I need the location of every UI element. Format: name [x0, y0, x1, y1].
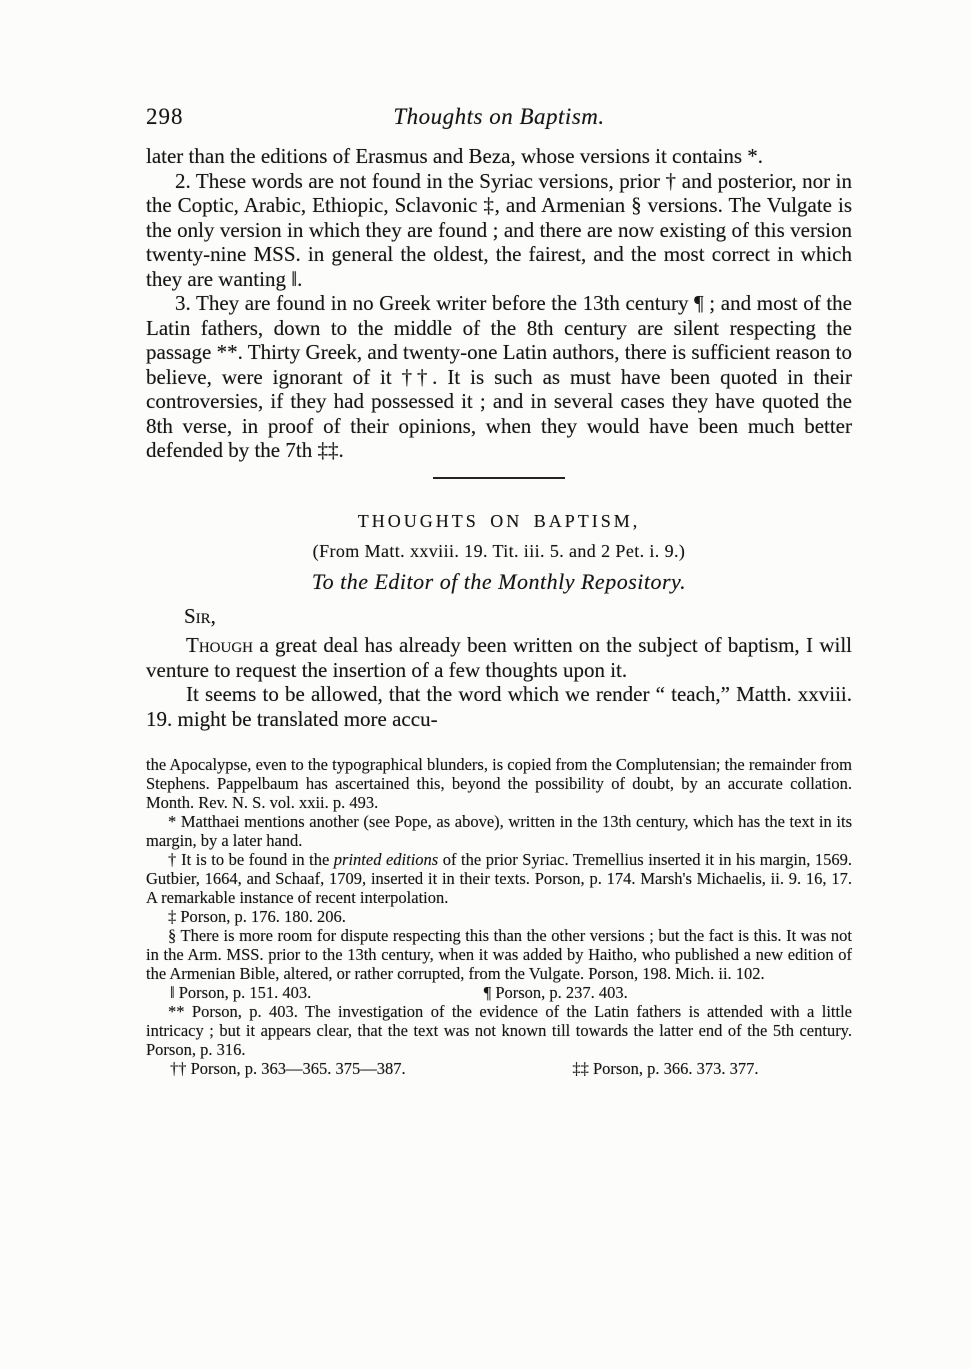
footnote: †† Porson, p. 363—365. 375—387. [170, 1059, 572, 1078]
letter-paragraphs: Though a great deal has already been wri… [146, 633, 852, 731]
footnotes: the Apocalypse, even to the typographica… [146, 755, 852, 1078]
running-title: Thoughts on Baptism. [146, 104, 852, 130]
running-head: 298 Thoughts on Baptism. [146, 104, 852, 136]
footnote: † It is to be found in the printed editi… [146, 850, 852, 907]
article-heading: THOUGHTS ON BAPTISM, [146, 511, 852, 532]
footnote-two-column: †† Porson, p. 363—365. 375—387.‡‡ Porson… [146, 1059, 852, 1078]
footnote: * Matthaei mentions another (see Pope, a… [146, 812, 852, 850]
footnote: § There is more room for dispute respect… [146, 926, 852, 983]
article-end-paragraphs: later than the editions of Erasmus and B… [146, 144, 852, 463]
scripture-source-line: (From Matt. xxviii. 19. Tit. iii. 5. and… [146, 541, 852, 562]
paragraph: later than the editions of Erasmus and B… [146, 144, 852, 169]
salutation: Sir, [146, 604, 852, 629]
italic-phrase: printed editions [334, 850, 438, 869]
scanned-book-page: { "page": { "number": "298", "running_ti… [0, 0, 970, 1369]
footnote-two-column: ‖ Porson, p. 151. 403.¶ Porson, p. 237. … [146, 983, 852, 1002]
letter-paragraph: Though a great deal has already been wri… [146, 633, 852, 682]
addressee-line: To the Editor of the Monthly Repository. [146, 569, 852, 595]
section-divider-rule [433, 477, 565, 480]
footnote: ‖ Porson, p. 151. 403. [170, 983, 484, 1002]
paragraph: 3. They are found in no Greek writer bef… [146, 291, 852, 463]
paragraph: 2. These words are not found in the Syri… [146, 169, 852, 292]
footnote: ¶ Porson, p. 237. 403. [484, 983, 628, 1002]
small-caps-lead-word: Though [186, 633, 253, 657]
footnote: the Apocalypse, even to the typographica… [146, 755, 852, 812]
footnote: ‡‡ Porson, p. 366. 373. 377. [572, 1059, 758, 1078]
footnote: ‡ Porson, p. 176. 180. 206. [146, 907, 852, 926]
footnote: ** Porson, p. 403. The investigation of … [146, 1002, 852, 1059]
letter-paragraph: It seems to be allowed, that the word wh… [146, 682, 852, 731]
page: 298 Thoughts on Baptism. later than the … [146, 0, 852, 1078]
